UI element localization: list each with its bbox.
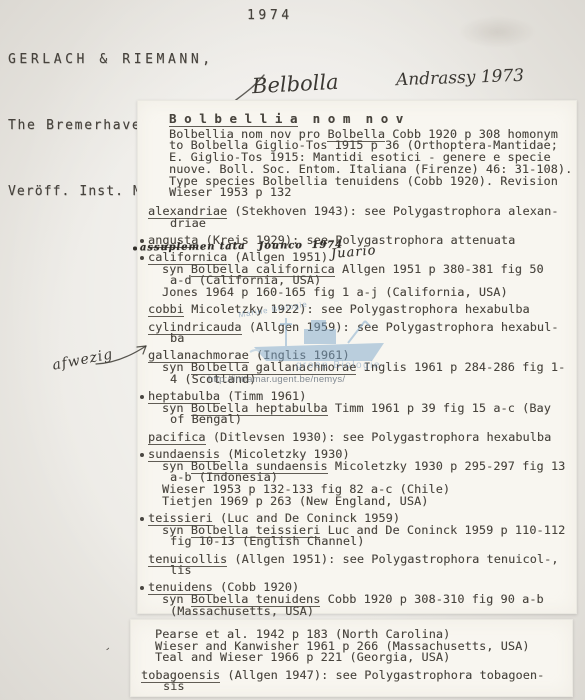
underlined-taxon-text: cobbi [148,302,184,317]
entry-line: cylindricauda (Allgen 1959): see Polygas… [148,322,570,334]
text-segment: Teal and Wieser 1966 p 221 (Georgia, USA… [155,650,450,664]
text-segment: (Allgen 1959): see Polygastrophora hexab… [242,320,559,334]
text-segment: 4 (Scotland) [170,372,256,386]
entry-line: of Bengal) [148,414,570,426]
pen-dot-mark [140,453,144,457]
scanned-document-page: { "header": { "authors": "GERLACH & RIEM… [0,0,585,700]
entry-line: cobbi Micoletzky 1922): see Polygastroph… [148,304,570,316]
genus-heading-suffix: n o m n o v [298,111,404,126]
text-segment: Micoletzky 1922): see Polygastrophora he… [184,302,530,316]
text-segment: (Ditlevsen 1930): see Polygastrophora he… [206,430,552,444]
entry-line: tenuicollis (Allgen 1951): see Polygastr… [148,554,570,566]
text-segment: driae [170,216,206,230]
handwritten-margin-note: afwezig [51,346,115,373]
reference-line: Teal and Wieser 1966 p 221 (Georgia, USA… [141,652,566,664]
entry-line: alexandriae (Stekhoven 1943): see Polyga… [148,206,570,218]
reference-line: tobagoensis (Allgen 1947): see Polygastr… [141,670,566,682]
text-segment: Inglis 1961 p 284-286 fig 1- [356,360,565,374]
text-segment: (Allgen 1947): see Polygastrophora tobag… [220,668,544,682]
text-segment: (Stekhoven 1943): see Polygastrophora al… [227,204,558,218]
pen-dot-mark [140,256,144,260]
entry-line: lis [148,565,570,577]
text-segment: Cobb 1920 p 308-310 fig 90 a-b [320,592,543,606]
genus-heading-name: B o l b e l l i a [169,111,298,127]
pen-dot-mark [140,395,144,399]
entry-line: Tietjen 1969 p 263 (New England, USA) [148,496,570,508]
show-through-smudge [458,16,536,48]
authors-text: GERLACH & RIEMANN, [8,52,214,67]
text-segment: Jones 1964 p 160-165 fig 1 a-j (Californ… [162,285,508,299]
text-segment: Timm 1961 p 39 fig 15 a-c (Bay [328,401,551,415]
entry-line: driae [148,218,570,230]
text-segment: Micoletzky 1930 p 295-297 fig 13 [328,459,566,473]
text-segment: fig 10-13 (English Channel) [170,534,364,548]
year-text: 1974 [247,5,293,27]
genus-heading: B o l b e l l i a n o m n o v [169,113,570,125]
species-entry-list: alexandriae (Stekhoven 1943): see Polyga… [148,206,570,618]
header-authors-line: GERLACH & RIEMANN,1974 [8,49,463,71]
handwritten-juario-note: Juario [331,245,377,261]
text-segment: of Bengal) [170,412,242,426]
intro-line: Wieser 1953 p 132 [169,187,570,199]
text-segment: ba [170,331,184,345]
text-segment: (Massachusetts, USA) [170,604,314,618]
handwritten-genus-note: Belbolla [251,70,339,99]
entry-line: ba [148,333,570,345]
reference-line: sis [141,681,566,693]
pen-dot-mark [140,517,144,521]
text-segment: Tietjen 1969 p 263 (New England, USA) [162,494,429,508]
handwritten-author-note: Andrassy 1973 [396,66,525,90]
text-segment: Allgen 1951 p 380-381 fig 50 [335,262,544,276]
text-segment: lis [170,563,192,577]
pen-dot-mark [140,586,144,590]
entry-line: pacifica (Ditlevsen 1930): see Polygastr… [148,432,570,444]
pen-mark: , [105,639,112,652]
text-segment: Wieser 1953 p 132 [169,185,291,199]
entry-line: Jones 1964 p 160-165 fig 1 a-j (Californ… [148,287,570,299]
text-segment: (Allgen 1951): see Polygastrophora tenui… [227,552,558,566]
text-segment: sis [163,679,185,693]
entry-line: 4 (Scotland) [148,374,570,386]
bottom-references-slip: Pearse et al. 1942 p 183 (North Carolina… [130,619,573,697]
entry-line: (Massachusetts, USA) [148,606,570,618]
entry-line: fig 10-13 (English Channel) [148,536,570,548]
main-catalog-slip: B o l b e l l i a n o m n o v Bolbellia … [137,100,577,614]
genus-intro-paragraph: Bolbellia nom nov pro Bolbella Cobb 1920… [169,129,570,199]
underlined-taxon-text: pacifica [148,430,206,445]
